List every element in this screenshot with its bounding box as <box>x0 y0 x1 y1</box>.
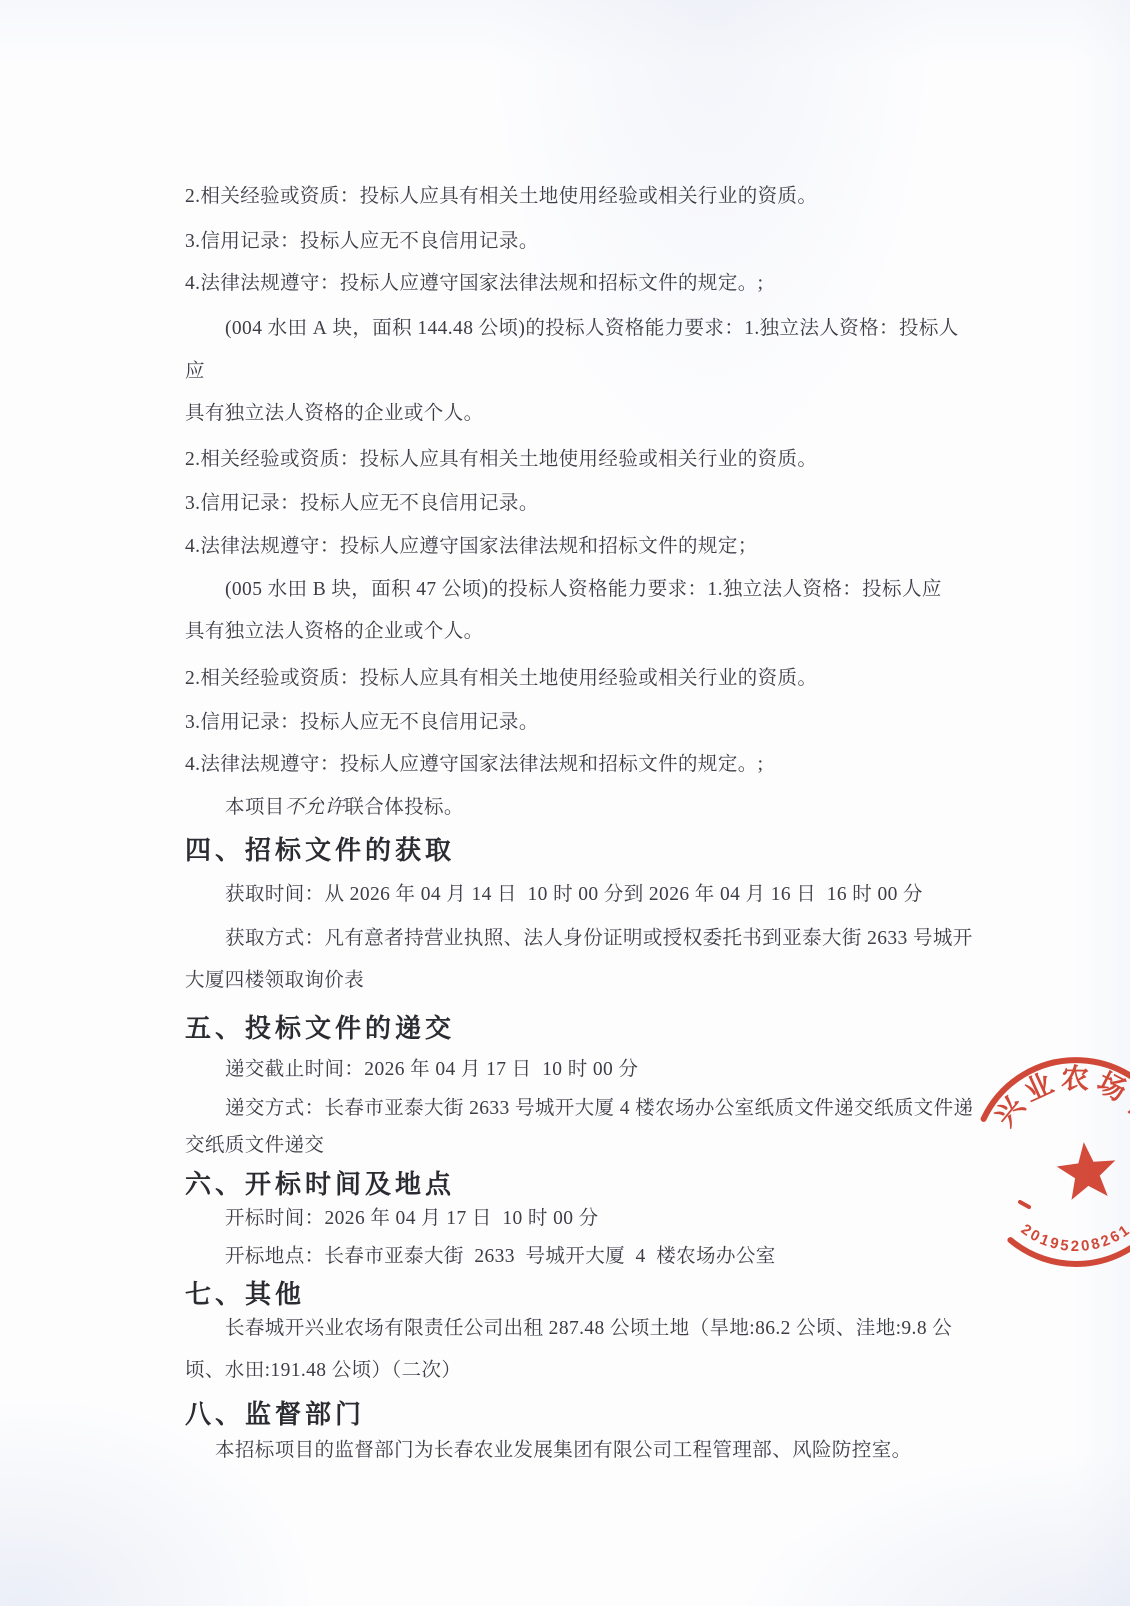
section-heading: 五、投标文件的递交 <box>185 1014 455 1043</box>
seal-star-icon <box>1054 1139 1119 1201</box>
text-line: 递交截止时间：2026 年 04 月 17 日 10 时 00 分 <box>225 1059 638 1081</box>
text-segment: 联合体投标。 <box>344 797 463 818</box>
text-line: 4.法律法规遵守：投标人应遵守国家法律法规和招标文件的规定； <box>185 536 758 558</box>
text-line: 具有独立法人资格的企业或个人。 <box>185 403 484 425</box>
text-line: (005 水田 B 块，面积 47 公顷)的投标人资格能力要求：1.独立法人资格… <box>225 579 942 601</box>
text-line: 长春城开兴业农场有限责任公司出租 287.48 公顷土地（旱地:86.2 公顷、… <box>225 1318 952 1340</box>
text-line: 具有独立法人资格的企业或个人。 <box>185 621 484 643</box>
text-line: 3.信用记录：投标人应无不良信用记录。 <box>185 493 539 515</box>
text-line: 顷、水田:191.48 公顷）（二次） <box>185 1360 461 1382</box>
text-line: 2.相关经验或资质：投标人应具有相关土地使用经验或相关行业的资质。 <box>185 186 817 208</box>
emphasis-italic: 不允许 <box>285 797 345 818</box>
text-line: 本招标项目的监督部门为长春农业发展集团有限公司工程管理部、风险防控室。 <box>215 1440 912 1462</box>
text-line: 3.信用记录：投标人应无不良信用记录。 <box>185 712 539 734</box>
text-line: 3.信用记录：投标人应无不良信用记录。 <box>185 231 539 253</box>
text-line: 开标时间：2026 年 04 月 17 日 10 时 00 分 <box>225 1208 599 1230</box>
text-segment: 本项目 <box>225 797 285 818</box>
svg-text:20195208261: 20195208261 <box>1018 1221 1130 1255</box>
svg-text:兴业农场有: 兴业农场有 <box>989 1063 1130 1135</box>
text-line: 4.法律法规遵守：投标人应遵守国家法律法规和招标文件的规定。; <box>185 273 763 295</box>
seal-serial-number: 20195208261 <box>1018 1221 1130 1255</box>
text-line: 2.相关经验或资质：投标人应具有相关土地使用经验或相关行业的资质。 <box>185 668 817 690</box>
text-line: 4.法律法规遵守：投标人应遵守国家法律法规和招标文件的规定。; <box>185 754 763 776</box>
text-line: 交纸质文件递交 <box>185 1135 324 1157</box>
seal-ink-mark <box>1020 1202 1029 1207</box>
document-page: 2.相关经验或资质：投标人应具有相关土地使用经验或相关行业的资质。3.信用记录：… <box>0 0 1130 1606</box>
text-line: 获取时间：从 2026 年 04 月 14 日 10 时 00 分到 2026 … <box>225 884 923 906</box>
text-line: (004 水田 A 块，面积 144.48 公顷)的投标人资格能力要求：1.独立… <box>225 318 959 340</box>
text-line: 2.相关经验或资质：投标人应具有相关土地使用经验或相关行业的资质。 <box>185 449 817 471</box>
text-line: 应 <box>185 361 205 383</box>
section-heading: 四、招标文件的获取 <box>185 836 455 865</box>
section-heading: 七、其他 <box>185 1280 305 1309</box>
seal-arc-text: 兴业农场有 <box>989 1063 1130 1135</box>
text-line: 本项目不允许联合体投标。 <box>225 797 464 819</box>
section-heading: 八、监督部门 <box>185 1400 365 1429</box>
text-line: 获取方式：凡有意者持营业执照、法人身份证明或授权委托书到亚泰大街 2633 号城… <box>225 928 973 950</box>
text-line: 大厦四楼领取询价表 <box>185 970 364 992</box>
official-seal: 兴业农场有 20195208261 <box>950 1030 1130 1292</box>
section-heading: 六、开标时间及地点 <box>185 1170 455 1199</box>
text-line: 递交方式：长春市亚泰大街 2633 号城开大厦 4 楼农场办公室纸质文件递交纸质… <box>225 1098 973 1120</box>
text-line: 开标地点：长春市亚泰大街 2633 号城开大厦 4 楼农场办公室 <box>225 1246 776 1268</box>
